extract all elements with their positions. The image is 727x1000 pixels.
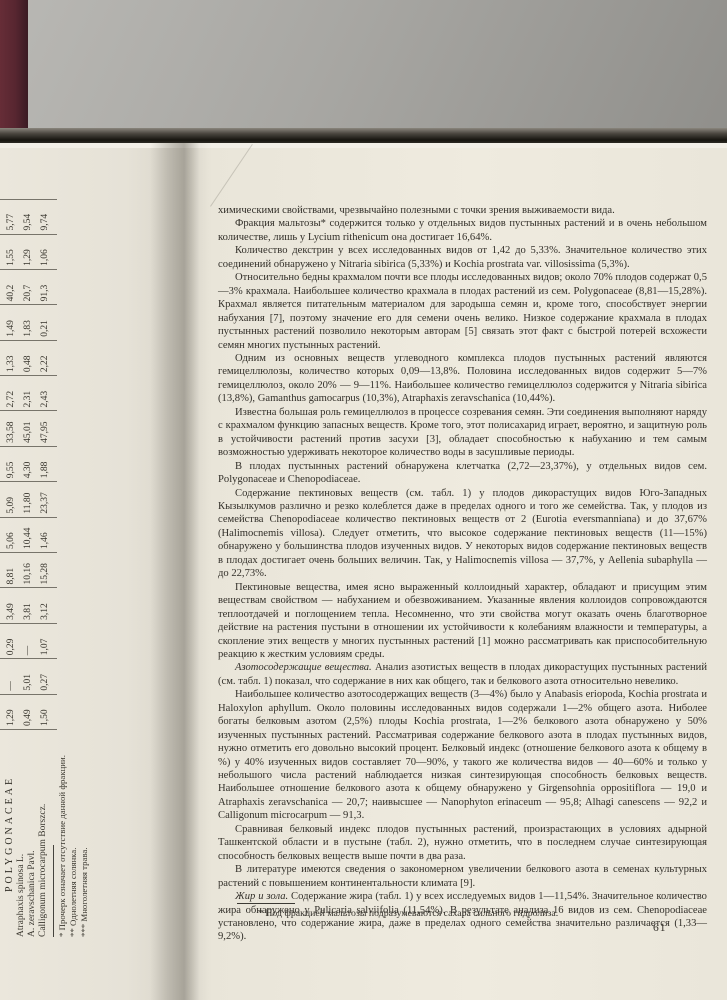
table-numeric-grid: 1,290,491,50—5,010,270,29—1,073,493,813,… <box>0 199 150 730</box>
table-numeric-column: 3,493,813,12 <box>0 588 150 623</box>
table-numeric-column: 5,779,549,74 <box>0 199 150 234</box>
table-numeric-column: 40,220,791,3 <box>0 270 150 305</box>
paragraph: химическими свойствами, чрезвычайно поле… <box>218 204 707 217</box>
table-numeric-cell: 33,58 <box>3 411 20 446</box>
table-numeric-cell: 1,29 <box>3 695 20 730</box>
table-surface-backdrop <box>0 0 727 135</box>
page-footnote-block: * Под фракцией мальтозы подразумеваются … <box>218 903 707 920</box>
table-numeric-cell: 2,72 <box>3 376 20 411</box>
table-numeric-cell: 47,95 <box>37 411 54 446</box>
paragraph-text: Одним из основных веществ углеводного ко… <box>218 353 707 404</box>
paragraph: Наибольшее количество азотосодержащих ве… <box>218 688 707 823</box>
book-top-edge-shadow <box>0 128 727 144</box>
body-text-column: химическими свойствами, чрезвычайно поле… <box>218 204 707 944</box>
table-numeric-cell: 9,54 <box>20 199 37 234</box>
paragraph: Азотосодержащие вещества. Анализ азотист… <box>218 661 707 688</box>
table-footnote: ** Однолетняя солянка. <box>68 730 79 937</box>
footnote-rule <box>237 903 295 904</box>
table-numeric-column: 1,290,491,50 <box>0 695 150 730</box>
table-numeric-column: —5,010,27 <box>0 659 150 694</box>
paragraph: Одним из основных веществ углеводного ко… <box>218 352 707 406</box>
table-numeric-column: 2,722,312,43 <box>0 376 150 411</box>
table-numeric-cell: 20,7 <box>20 270 37 305</box>
table-footnote-rule <box>53 845 54 937</box>
paragraph: Фракция мальтозы* содержится только у от… <box>218 217 707 244</box>
footnote-text: * Под фракцией мальтозы подразумеваются … <box>218 908 707 920</box>
table-numeric-cell: 5,06 <box>3 518 20 553</box>
paragraph: В плодах пустынных растений обнаружена к… <box>218 460 707 487</box>
table-numeric-cell: 1,46 <box>37 518 54 553</box>
table-numeric-cell: 0,29 <box>3 624 20 659</box>
table-numeric-cell: 91,3 <box>37 270 54 305</box>
table-numeric-cell: 10,44 <box>20 518 37 553</box>
table-numeric-column: 1,551,291,06 <box>0 235 150 270</box>
table-numeric-cell: 9,55 <box>3 447 20 482</box>
paragraph-text: В плодах пустынных растений обнаружена к… <box>218 461 707 485</box>
table-numeric-cell: 15,28 <box>37 553 54 588</box>
table-numeric-cell: 2,43 <box>37 376 54 411</box>
paragraph-text: Пектиновые вещества, имея ясно выраженны… <box>218 582 707 660</box>
table-footnote: * Прочерк означает отсутствие данной фра… <box>57 730 68 937</box>
table-numeric-cell: 45,01 <box>20 411 37 446</box>
paragraph: В литературе имеются сведения о закономе… <box>218 863 707 890</box>
table-numeric-column: 0,29—1,07 <box>0 624 150 659</box>
paragraph: Количество декстрин у всех исследованных… <box>218 244 707 271</box>
paragraph-lead: Жир и зола. <box>235 891 288 902</box>
table-numeric-cell: 5,01 <box>20 659 37 694</box>
table-numeric-column: 1,330,482,22 <box>0 341 150 376</box>
table-numeric-cell: 11,80 <box>20 482 37 517</box>
table-numeric-cell: 4,30 <box>20 447 37 482</box>
table-numeric-column: 5,0911,8023,37 <box>0 482 150 517</box>
table-family-header: POLYGONACEAE <box>3 730 16 937</box>
table-numeric-cell: 8,81 <box>3 553 20 588</box>
table-numeric-column: 9,554,301,88 <box>0 447 150 482</box>
paragraph-lead: Азотосодержащие вещества. <box>235 662 372 673</box>
table-numeric-cell: 2,22 <box>37 341 54 376</box>
table-numeric-cell: 1,50 <box>37 695 54 730</box>
paragraph-text: Известна большая роль гемицеллюлоз в про… <box>218 407 707 458</box>
paragraph-text: Относительно бедны крахмалом почти все п… <box>218 272 707 350</box>
book-photo-scene: POLYGONACEAE Atraphaxis spinosa L. A. ze… <box>0 0 727 1000</box>
table-numeric-cell: 9,74 <box>37 199 54 234</box>
table-numeric-cell: 2,31 <box>20 376 37 411</box>
paragraph-text: Сравнивая белковый индекс плодов пустынн… <box>218 824 707 862</box>
paragraph-text: Фракция мальтозы* содержится только у от… <box>218 218 707 242</box>
table-numeric-cell: 0,27 <box>37 659 54 694</box>
table-numeric-cell: 0,48 <box>20 341 37 376</box>
table-numeric-cell: 3,81 <box>20 588 37 623</box>
rotated-table: POLYGONACEAE Atraphaxis spinosa L. A. ze… <box>0 145 150 940</box>
table-species-row: Calligonum microcarpum Borszcz. <box>38 730 49 937</box>
table-numeric-cell: 5,09 <box>3 482 20 517</box>
table-numeric-cell: 1,49 <box>3 305 20 340</box>
table-numeric-cell: 1,33 <box>3 341 20 376</box>
table-label-block: POLYGONACEAE Atraphaxis spinosa L. A. ze… <box>0 730 150 940</box>
paragraph: Содержание пектиновых веществ (см. табл.… <box>218 487 707 581</box>
paragraph: Известна большая роль гемицеллюлоз в про… <box>218 406 707 460</box>
table-numeric-cell: 5,77 <box>3 199 20 234</box>
book-cover-spine <box>0 0 28 140</box>
table-numeric-column: 5,0610,441,46 <box>0 518 150 553</box>
table-species-row: A. zeravschanica Pavl. <box>27 730 38 937</box>
table-numeric-cell: 1,29 <box>20 235 37 270</box>
table-numeric-cell: 40,2 <box>3 270 20 305</box>
table-numeric-cell: 0,49 <box>20 695 37 730</box>
table-numeric-cell: — <box>20 624 37 659</box>
table-numeric-column: 8,8110,1615,28 <box>0 553 150 588</box>
table-numeric-cell: 3,49 <box>3 588 20 623</box>
table-numeric-column: 1,491,830,21 <box>0 305 150 340</box>
table-numeric-cell: 1,07 <box>37 624 54 659</box>
table-numeric-cell: 1,55 <box>3 235 20 270</box>
paragraph: Относительно бедны крахмалом почти все п… <box>218 271 707 352</box>
table-footnote: *** Многолетняя трава. <box>79 730 90 937</box>
paragraph-text: В литературе имеются сведения о закономе… <box>218 864 707 888</box>
table-numeric-cell: — <box>3 659 20 694</box>
paragraph-text: Наибольшее количество азотосодержащих ве… <box>218 689 707 821</box>
gutter-shadow <box>150 143 212 1000</box>
table-numeric-cell: 1,83 <box>20 305 37 340</box>
table-numeric-cell: 23,37 <box>37 482 54 517</box>
paragraph-text: химическими свойствами, чрезвычайно поле… <box>218 205 615 216</box>
table-numeric-cell: 0,21 <box>37 305 54 340</box>
paragraph: Пектиновые вещества, имея ясно выраженны… <box>218 581 707 662</box>
table-species-row: Atraphaxis spinosa L. <box>16 730 27 937</box>
paragraph-text: Количество декстрин у всех исследованных… <box>218 245 707 269</box>
table-numeric-cell: 1,88 <box>37 447 54 482</box>
paragraph: Сравнивая белковый индекс плодов пустынн… <box>218 823 707 863</box>
table-numeric-cell: 10,16 <box>20 553 37 588</box>
page-number: 61 <box>653 922 667 934</box>
table-numeric-cell: 3,12 <box>37 588 54 623</box>
table-numeric-cell: 1,06 <box>37 235 54 270</box>
table-numeric-column: 33,5845,0147,95 <box>0 411 150 446</box>
paragraph-text: Содержание пектиновых веществ (см. табл.… <box>218 488 707 580</box>
